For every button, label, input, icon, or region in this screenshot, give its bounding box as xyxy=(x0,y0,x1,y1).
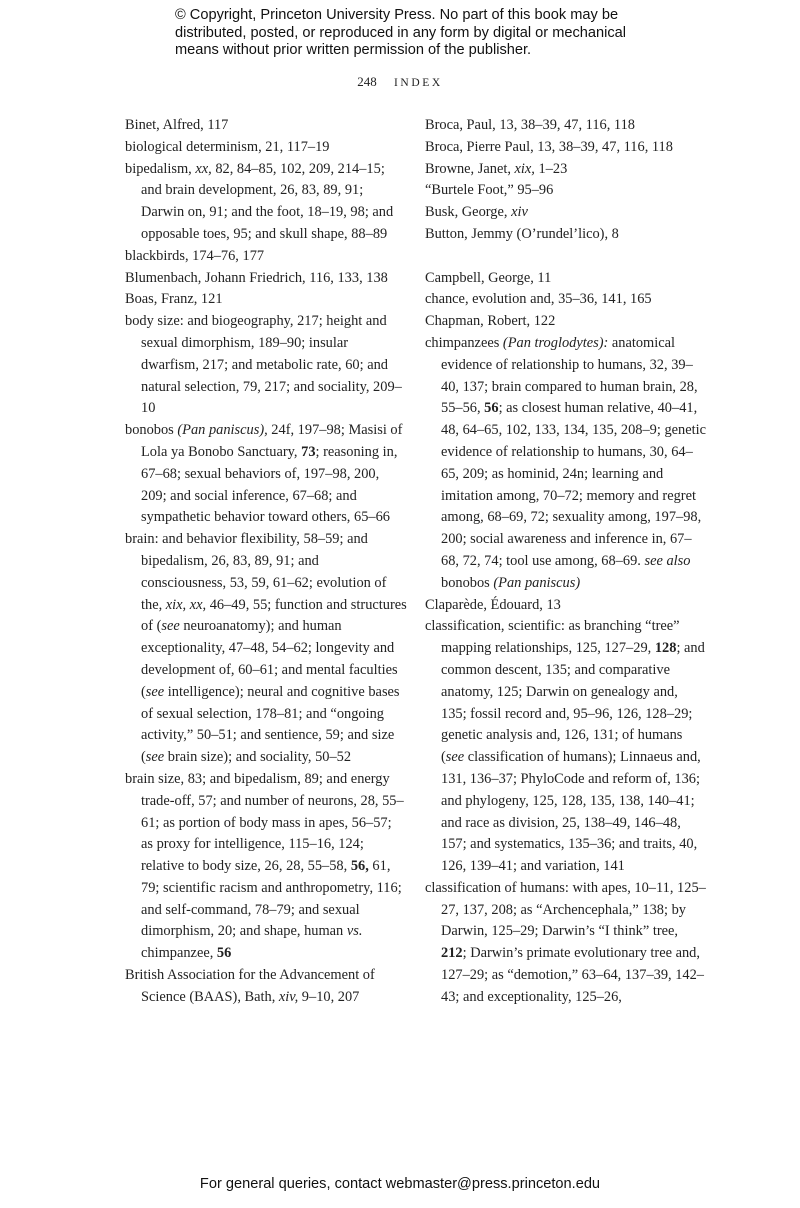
entry-text: body size: and biogeography, 217; height… xyxy=(125,313,402,416)
index-entry: Campbell, George, 11 xyxy=(425,268,707,290)
italic-text: see xyxy=(161,618,179,634)
italic-text: (Pan paniscus) xyxy=(493,575,580,591)
italic-text: xix, xyxy=(515,161,535,177)
entry-text: ; Darwin’s primate evolutionary tree and… xyxy=(441,945,704,1005)
index-entry: Busk, George, xiv xyxy=(425,202,707,224)
index-entry: bonobos (Pan paniscus), 24f, 197–98; Mas… xyxy=(125,420,407,529)
entry-text: brain size); and sociality, 50–52 xyxy=(164,749,351,765)
index-entry: Button, Jemmy (O’rundel’lico), 8 xyxy=(425,224,707,246)
footer-contact: For general queries, contact webmaster@p… xyxy=(0,1176,800,1192)
entry-text: “Burtele Foot,” 95–96 xyxy=(425,182,553,198)
entry-text: classification, scientific: as branching… xyxy=(425,618,680,656)
index-entry: Chapman, Robert, 122 xyxy=(425,311,707,333)
entry-text: Browne, Janet, xyxy=(425,161,515,177)
section-title: INDEX xyxy=(394,77,443,89)
entry-text: chance, evolution and, 35–36, 141, 165 xyxy=(425,291,652,307)
entry-text: bipedalism, xyxy=(125,161,195,177)
entry-text: Chapman, Robert, 122 xyxy=(425,313,555,329)
index-entry: Boas, Franz, 121 xyxy=(125,289,407,311)
bold-page-ref: 73 xyxy=(301,444,315,460)
index-entry: blackbirds, 174–76, 177 xyxy=(125,246,407,268)
index-entry: Binet, Alfred, 117 xyxy=(125,115,407,137)
entry-text: classification of humans); Linnaeus and,… xyxy=(441,749,701,874)
entry-text: Busk, George, xyxy=(425,204,511,220)
index-entry: chance, evolution and, 35–36, 141, 165 xyxy=(425,289,707,311)
index-entry: “Burtele Foot,” 95–96 xyxy=(425,180,707,202)
entry-text: ; as closest human relative, 40–41, 48, … xyxy=(441,400,706,569)
italic-text: see xyxy=(146,749,164,765)
italic-text: xiv, xyxy=(279,989,298,1005)
index-column-left: Binet, Alfred, 117biological determinism… xyxy=(125,115,407,1009)
entry-text: Binet, Alfred, 117 xyxy=(125,117,228,133)
italic-text: see xyxy=(146,684,164,700)
bold-page-ref: 56, xyxy=(351,858,369,874)
entry-text: biological determinism, 21, 117–19 xyxy=(125,139,330,155)
index-entry: classification, scientific: as branching… xyxy=(425,616,707,878)
entry-text: bonobos xyxy=(441,575,493,591)
entry-text: Blumenbach, Johann Friedrich, 116, 133, … xyxy=(125,270,388,286)
entry-text: ; and common descent, 135; and comparati… xyxy=(441,640,705,765)
entry-text: Broca, Paul, 13, 38–39, 47, 116, 118 xyxy=(425,117,635,133)
index-entry: Blumenbach, Johann Friedrich, 116, 133, … xyxy=(125,268,407,290)
index-column-right: Broca, Paul, 13, 38–39, 47, 116, 118Broc… xyxy=(425,115,707,1009)
copyright-notice: © Copyright, Princeton University Press.… xyxy=(175,7,645,60)
bold-page-ref: 56 xyxy=(217,945,231,961)
italic-text: vs. xyxy=(347,923,363,939)
index-entry: classification of humans: with apes, 10–… xyxy=(425,878,707,1009)
index-entry: Browne, Janet, xix, 1–23 xyxy=(425,159,707,181)
index-entry: Broca, Pierre Paul, 13, 38–39, 47, 116, … xyxy=(425,137,707,159)
entry-text: Campbell, George, 11 xyxy=(425,270,551,286)
index-entry: body size: and biogeography, 217; height… xyxy=(125,311,407,420)
index-entry: Claparède, Édouard, 13 xyxy=(425,595,707,617)
bold-page-ref: 128 xyxy=(655,640,677,656)
index-entry: bipedalism, xx, 82, 84–85, 102, 209, 214… xyxy=(125,159,407,246)
entry-text: Claparède, Édouard, 13 xyxy=(425,597,561,613)
italic-text: see also xyxy=(644,553,690,569)
index-entry: biological determinism, 21, 117–19 xyxy=(125,137,407,159)
entry-text: bonobos xyxy=(125,422,177,438)
entry-text: classification of humans: with apes, 10–… xyxy=(425,880,706,940)
entry-text: chimpanzee, xyxy=(141,945,217,961)
italic-text: (Pan troglodytes): xyxy=(503,335,608,351)
entry-text: Broca, Pierre Paul, 13, 38–39, 47, 116, … xyxy=(425,139,673,155)
page-number: 248 xyxy=(357,74,377,89)
entry-text: 1–23 xyxy=(535,161,567,177)
entry-text: blackbirds, 174–76, 177 xyxy=(125,248,264,264)
entry-text: Button, Jemmy (O’rundel’lico), 8 xyxy=(425,226,619,242)
italic-text: xix, xx, xyxy=(166,597,206,613)
entry-text: Boas, Franz, 121 xyxy=(125,291,223,307)
italic-text: xiv xyxy=(511,204,528,220)
running-head: 248 INDEX xyxy=(0,74,800,90)
italic-text: (Pan paniscus), xyxy=(177,422,267,438)
index-entry: brain size, 83; and bipedalism, 89; and … xyxy=(125,769,407,965)
italic-text: see xyxy=(446,749,464,765)
bold-page-ref: 56 xyxy=(484,400,498,416)
index-entry: British Association for the Advancement … xyxy=(125,965,407,1009)
entry-text: chimpanzees xyxy=(425,335,503,351)
entry-text: 9–10, 207 xyxy=(298,989,359,1005)
index-entry: chimpanzees (Pan troglodytes): anatomica… xyxy=(425,333,707,595)
italic-text: xx, xyxy=(195,161,211,177)
bold-page-ref: 212 xyxy=(441,945,463,961)
index-entry: Broca, Paul, 13, 38–39, 47, 116, 118 xyxy=(425,115,707,137)
index-entry: brain: and behavior flexibility, 58–59; … xyxy=(125,529,407,769)
